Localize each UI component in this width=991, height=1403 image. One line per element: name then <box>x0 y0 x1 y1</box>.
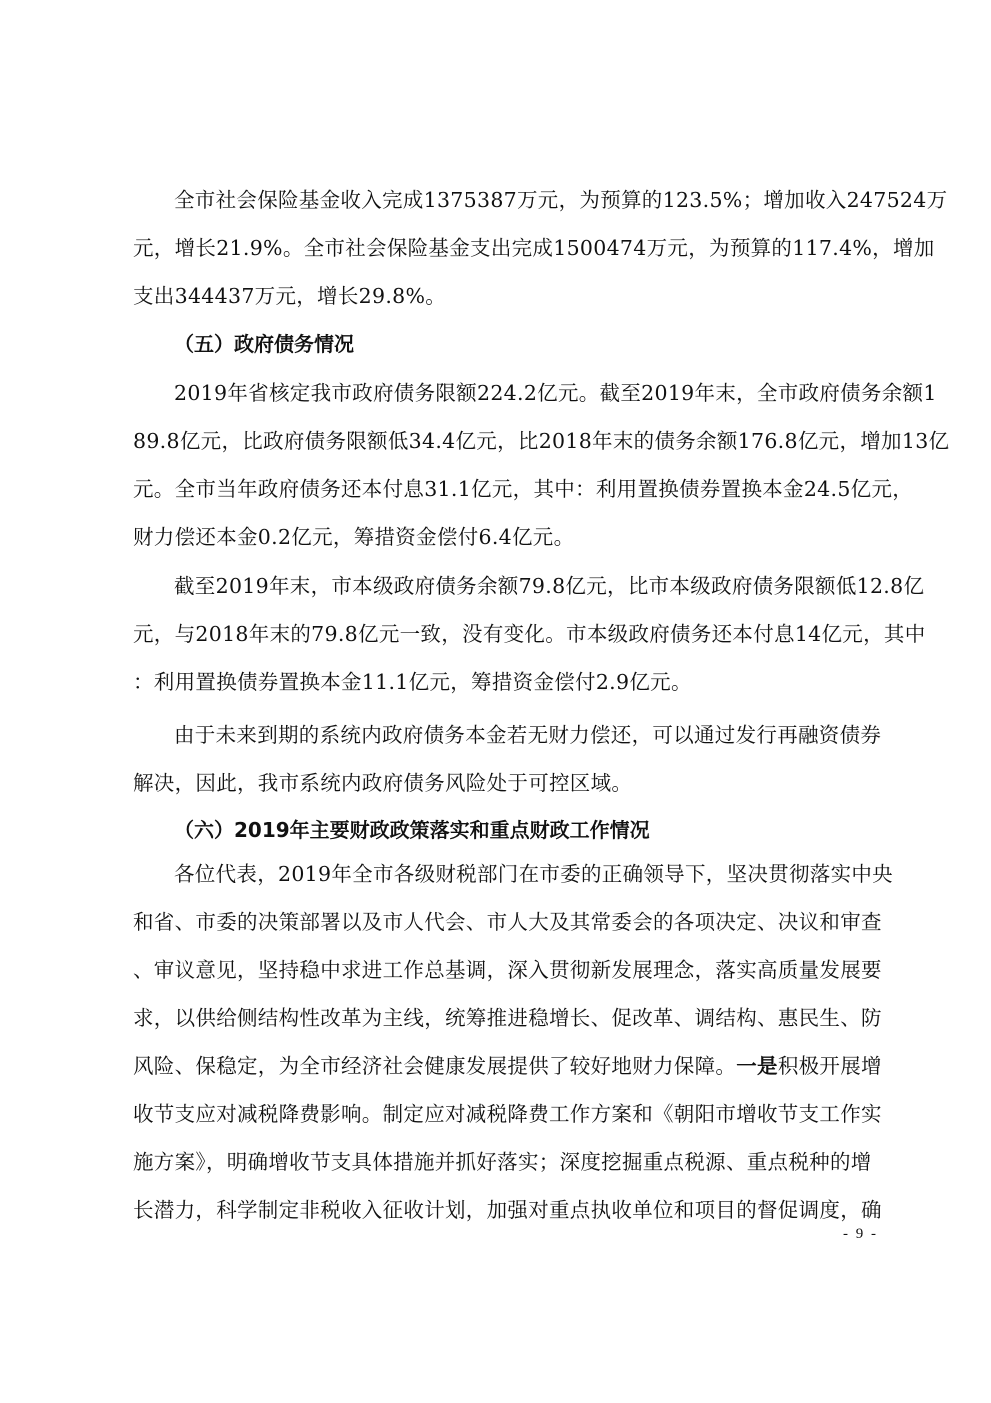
paragraph-line: ：利用置换债券置换本金11.1亿元，筹措资金偿付2.9亿元。 <box>133 670 851 694</box>
paragraph-line: 元，增长21.9%。全市社会保险基金支出完成1500474万元，为预算的117.… <box>133 236 851 260</box>
paragraph-line: 元，与2018年末的79.8亿元一致，没有变化。市本级政府债务还本付息14亿元，… <box>133 622 851 646</box>
paragraph-line: 长潜力，科学制定非税收入征收计划，加强对重点执收单位和项目的督促调度，确 <box>133 1198 851 1222</box>
paragraph-line: 全市社会保险基金收入完成1375387万元，为预算的123.5%；增加收入247… <box>174 188 851 212</box>
paragraph-line: 财力偿还本金0.2亿元，筹措资金偿付6.4亿元。 <box>133 525 851 549</box>
document-page: 全市社会保险基金收入完成1375387万元，为预算的123.5%；增加收入247… <box>0 0 991 1403</box>
paragraph-line: 风险、保稳定，为全市经济社会健康发展提供了较好地财力保障。一是积极开展增 <box>133 1054 851 1078</box>
line-text: 风险、保稳定，为全市经济社会健康发展提供了较好地财力保障。 <box>133 1054 736 1078</box>
paragraph-line: 和省、市委的决策部署以及市人代会、市人大及其常委会的各项决定、决议和审查 <box>133 910 851 934</box>
paragraph-line: 由于未来到期的系统内政府债务本金若无财力偿还，可以通过发行再融资债券 <box>174 723 851 747</box>
paragraph-line: 、审议意见，坚持稳中求进工作总基调，深入贯彻新发展理念，落实高质量发展要 <box>133 958 851 982</box>
paragraph-line: 截至2019年末，市本级政府债务余额79.8亿元，比市本级政府债务限额低12.8… <box>174 574 851 598</box>
section-heading-6: （六）2019年主要财政政策落实和重点财政工作情况 <box>174 818 650 842</box>
page-number: - 9 - <box>843 1226 878 1243</box>
section-heading-5: （五）政府债务情况 <box>174 332 354 356</box>
paragraph-line: 89.8亿元，比政府债务限额低34.4亿元，比2018年末的债务余额176.8亿… <box>133 429 851 453</box>
emphasis-text: 一是 <box>736 1054 778 1078</box>
paragraph-line: 施方案》，明确增收节支具体措施并抓好落实；深度挖掘重点税源、重点税种的增 <box>133 1150 851 1174</box>
paragraph-line: 求，以供给侧结构性改革为主线，统筹推进稳增长、促改革、调结构、惠民生、防 <box>133 1006 851 1030</box>
paragraph-line: 解决，因此，我市系统内政府债务风险处于可控区域。 <box>133 771 851 795</box>
paragraph-line: 收节支应对减税降费影响。制定应对减税降费工作方案和《朝阳市增收节支工作实 <box>133 1102 851 1126</box>
paragraph-line: 元。全市当年政府债务还本付息31.1亿元，其中：利用置换债券置换本金24.5亿元… <box>133 477 851 501</box>
line-text: 积极开展增 <box>778 1054 882 1078</box>
paragraph-line: 各位代表，2019年全市各级财税部门在市委的正确领导下，坚决贯彻落实中央 <box>174 862 851 886</box>
paragraph-line: 2019年省核定我市政府债务限额224.2亿元。截至2019年末，全市政府债务余… <box>174 381 851 405</box>
paragraph-line: 支出344437万元，增长29.8%。 <box>133 284 851 308</box>
